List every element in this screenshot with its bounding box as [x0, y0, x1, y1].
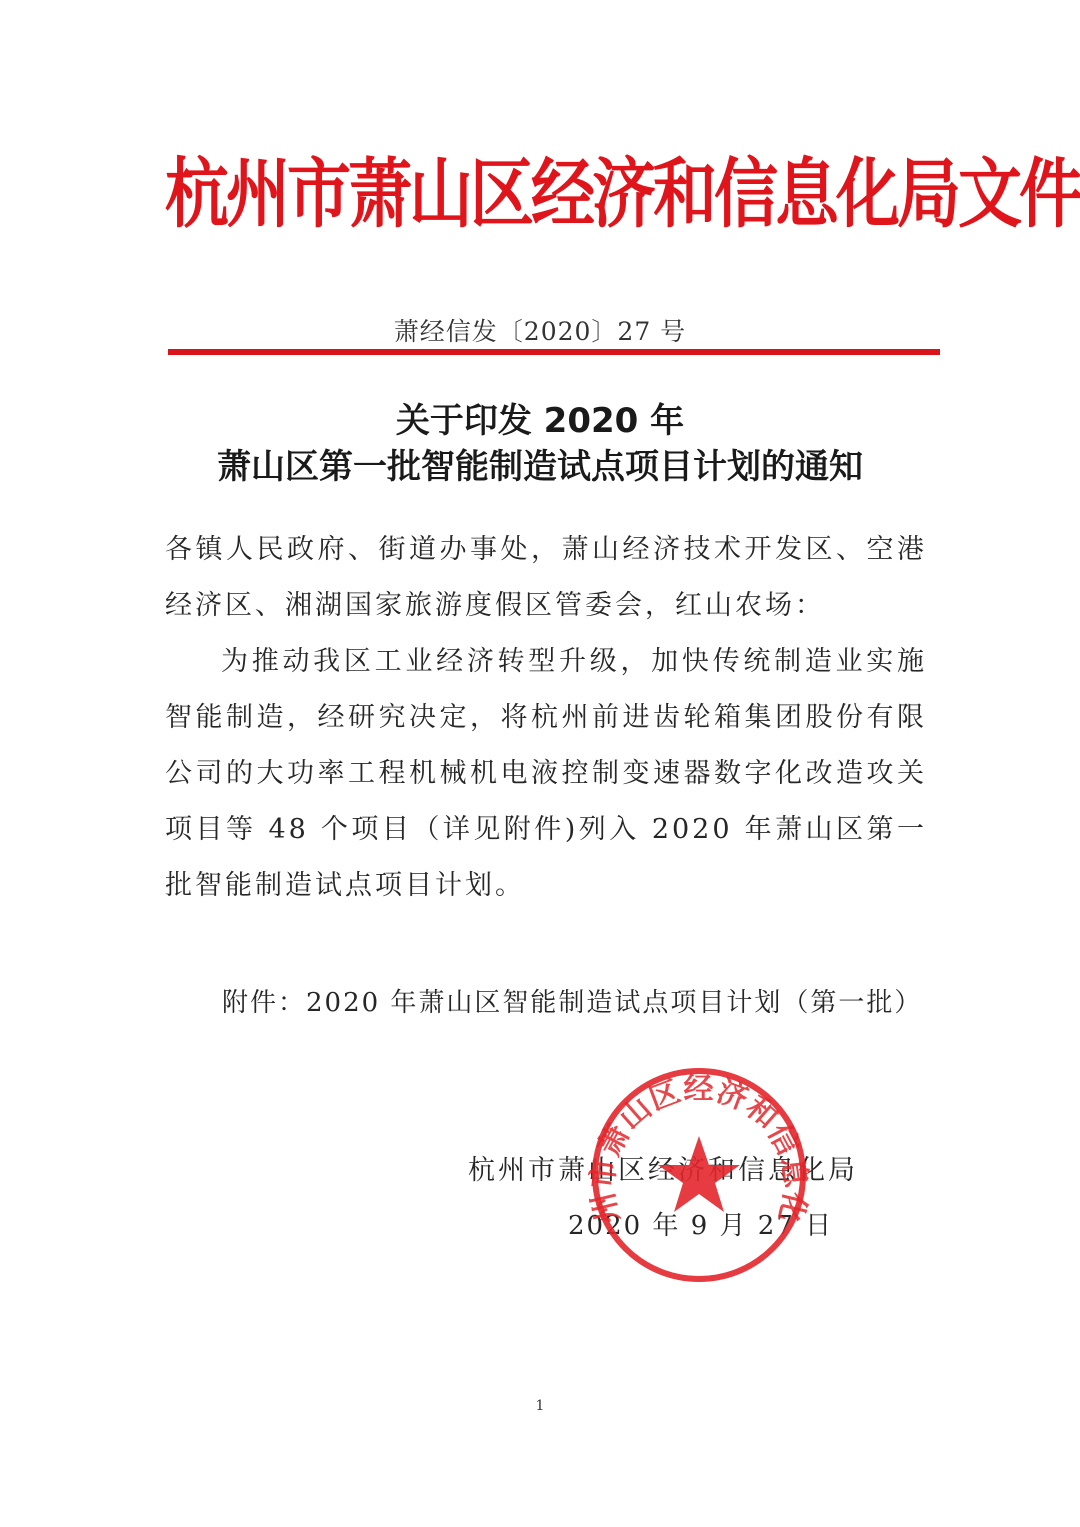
notice-title-line2: 萧山区第一批智能制造试点项目计划的通知: [0, 444, 1080, 490]
notice-title-line1: 关于印发 2020 年: [0, 398, 1080, 444]
addressee: 各镇人民政府、街道办事处，萧山经济技术开发区、空港经济区、湘湖国家旅游度假区管委…: [165, 522, 927, 634]
issuer-title: 杭州市萧山区经济和信息化局文件: [165, 130, 925, 260]
attachment-line: 附件：2020 年萧山区智能制造试点项目计划（第一批）: [222, 982, 922, 1019]
page-number: 1: [0, 1398, 1080, 1414]
body-paragraph: 为推动我区工业经济转型升级，加快传统制造业实施智能制造，经研究决定，将杭州前进齿…: [165, 634, 927, 914]
notice-title: 关于印发 2020 年 萧山区第一批智能制造试点项目计划的通知: [0, 398, 1080, 490]
official-seal-icon: 杭州市萧山区经济和信息化局: [588, 1064, 810, 1286]
document-number: 萧经信发〔2020〕27 号: [0, 312, 1080, 348]
red-divider: [168, 349, 940, 355]
